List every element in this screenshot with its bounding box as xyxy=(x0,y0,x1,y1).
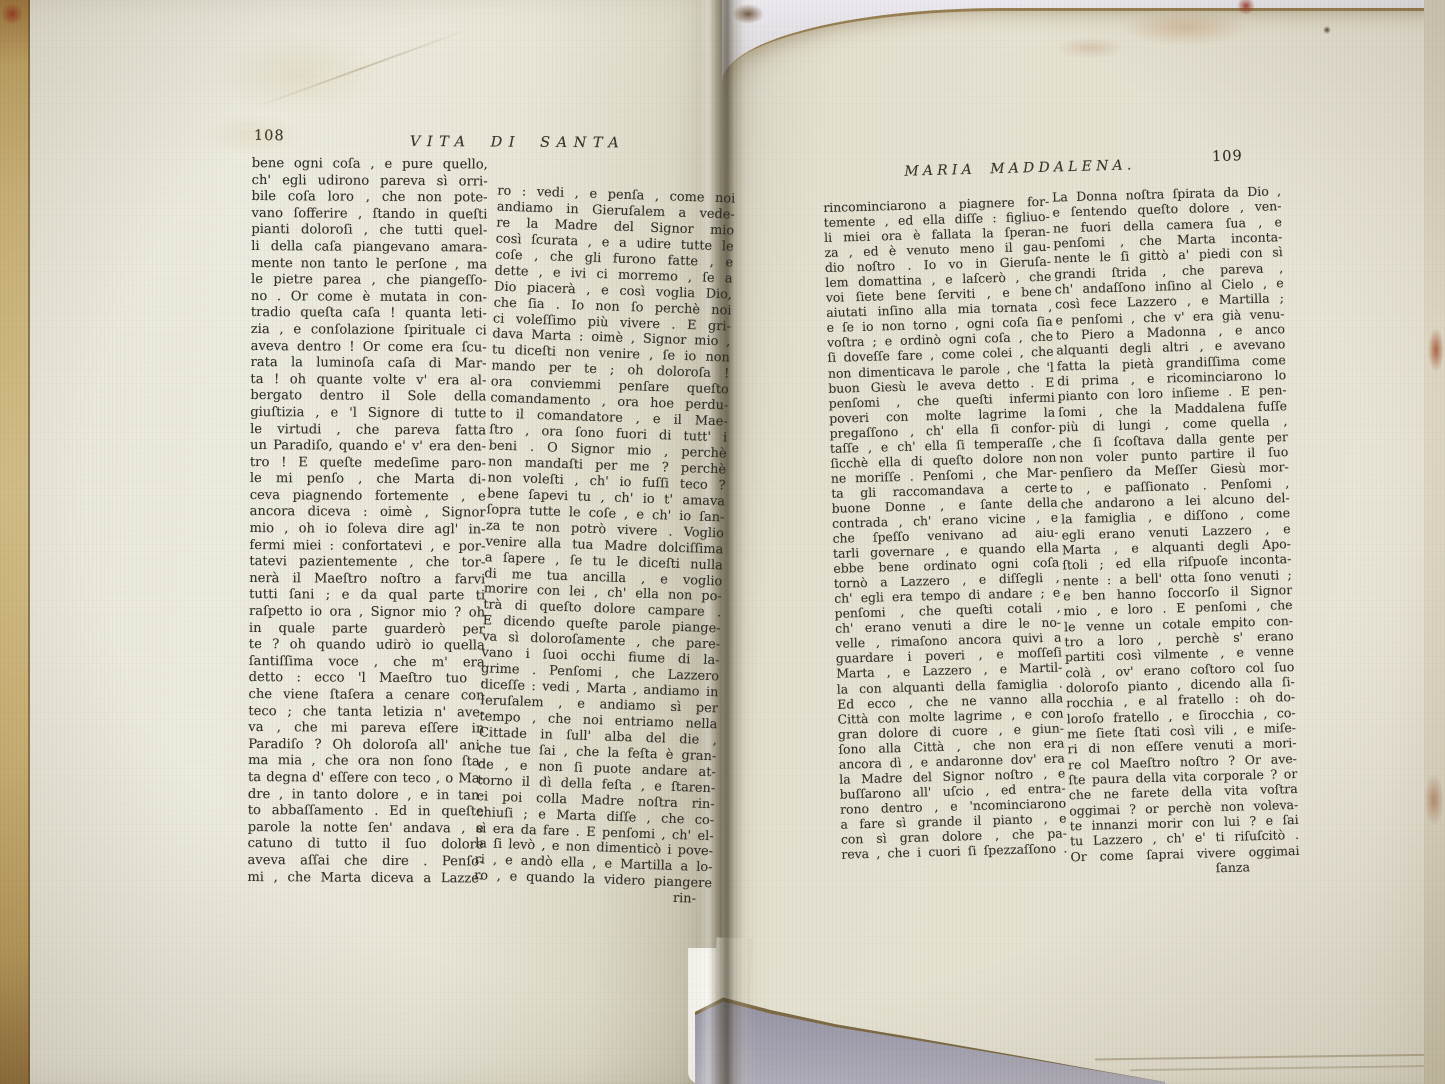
text-line: mente non tanto le perſone , ma xyxy=(251,256,487,274)
text-line: giuſtizia , e 'l Signore di tutte xyxy=(250,405,486,423)
text-line: ceva piagnendo fortemente , e xyxy=(250,488,486,506)
page-number-right: 109 xyxy=(1212,148,1243,165)
book-fore-edge-right xyxy=(1424,0,1445,1084)
text-line: fermi miei : confortatevi , e por- xyxy=(249,538,485,556)
text-line: Paradiſo ? Oh doloroſa all' ani- xyxy=(248,737,484,755)
text-line: te ? oh quando udirò io quella xyxy=(249,637,485,655)
text-line: zia , e conſolazione ſpirituale ci xyxy=(251,322,487,340)
text-line: ta degna d' eſſere con teco , o Ma- xyxy=(248,770,484,788)
text-line: pianti doloroſi , che tutti quel- xyxy=(251,222,487,240)
text-line: raſpetto io ora , Signor mio ? oh xyxy=(249,604,485,622)
text-line: no . Or come è mutata in con- xyxy=(251,289,487,307)
running-title-left: VITA DI SANTA xyxy=(410,134,625,151)
text-line: un Paradiſo, quando e' v' era den- xyxy=(250,438,486,456)
text-line: tutti ſani ; e da qual parte ti xyxy=(249,587,485,605)
left-page-column-2: ro : vedi , e penſa , come noiandiamo in… xyxy=(473,184,735,909)
page-number-left: 108 xyxy=(254,128,285,144)
text-line: le pietre parea , che piangeſſo- xyxy=(251,272,487,290)
text-line: to abbaſſamento . Ed in queſte xyxy=(248,803,484,821)
open-book-photo: 108 VITA DI SANTA bene ogni coſa , e pur… xyxy=(0,0,1445,1084)
text-line: teco ; che tanta letizia n' ave- xyxy=(248,704,484,722)
text-line: catuno di tutto il ſuo dolore xyxy=(248,836,484,854)
text-line: rata la luminoſa caſa di Mar- xyxy=(250,355,486,373)
text-line: le mi penſo , che Marta di- xyxy=(250,471,486,489)
text-line: detto : ecco 'l Maeſtro tuo , xyxy=(249,670,485,688)
text-line: ch' egli udirono pareva sì orri- xyxy=(252,173,488,191)
text-line: mio , oh io ſoleva dire agl' in- xyxy=(249,521,485,539)
text-line: bergato dentro il Sole della xyxy=(250,388,486,406)
text-line: bene ogni coſa , e pure quello, xyxy=(252,156,488,174)
left-page-column-1: bene ogni coſa , e pure quello,ch' egli … xyxy=(247,156,487,888)
text-line: ta ! oh quante volte v' era al- xyxy=(250,372,486,390)
text-line: in quale parte guarderò per xyxy=(249,621,485,639)
text-line: tro ! E queſte medeſime paro- xyxy=(250,455,486,473)
text-line: ancora diceva : oimè , Signor xyxy=(250,504,486,522)
text-line: tradio queſta caſa ! quanta leti- xyxy=(251,305,487,323)
text-line: mi , che Marta diceva a Lazze- xyxy=(247,870,483,888)
right-page-column-2: La Donna noſtra ſpirata da Dio ,e ſenten… xyxy=(1052,183,1300,880)
text-line: vano ſofferire , ſtando in queſti xyxy=(251,206,487,224)
text-line: aveva aſſai che dire . Penſo- xyxy=(247,853,483,871)
text-line: dre , in tanto dolore , e in tan- xyxy=(248,787,484,805)
text-line: parole la notte ſen' andava , e xyxy=(248,820,484,838)
text-line: le virtudi , che pareva fatta xyxy=(250,422,486,440)
running-title-right: MARIA MADDALENA. xyxy=(904,157,1136,179)
text-line: tatevi pazientemente , che tor- xyxy=(249,554,485,572)
text-line: aveva dentro ! Or come era ſcu- xyxy=(251,339,487,357)
text-line: nerà il Maeſtro noſtro a farvi xyxy=(249,571,485,589)
text-line: bile coſa loro , che non pote- xyxy=(252,189,488,207)
text-line: va , che mi pareva eſſere in xyxy=(248,720,484,738)
left-page-header: 108 VITA DI SANTA xyxy=(250,126,736,159)
text-line: che viene ſtaſera a cenare con xyxy=(248,687,484,705)
book-fore-edge-left xyxy=(0,0,30,1084)
text-line: ſantiſſima voce , che m' era xyxy=(249,654,485,672)
text-line: li della caſa piangevano amara- xyxy=(251,239,487,257)
text-line: ma mia , che ora non ſono ſta- xyxy=(248,753,484,771)
right-page-column-1: rincominciarono a piagnere for-temente ,… xyxy=(823,194,1067,862)
